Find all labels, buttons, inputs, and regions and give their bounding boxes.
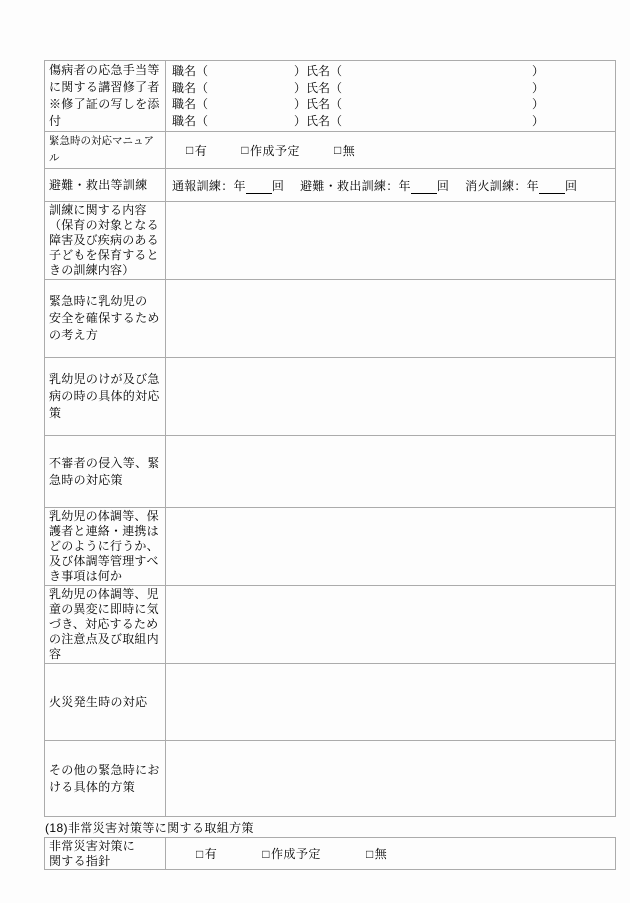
drill-counts: 通報訓練：年回 避難・救出訓練：年回 消火訓練：年回	[166, 169, 616, 202]
checkbox-icon: □	[334, 143, 342, 157]
intruder-response-label: 不審者の侵入等、緊 急時の対応策	[45, 436, 166, 508]
staff-name-line: 職名（）氏名（）	[172, 96, 611, 113]
drill-prefix: 通報訓練：年	[172, 177, 246, 194]
evacuation-drill-label: 避難・救出等訓練	[45, 169, 166, 202]
drill-content-field[interactable]	[166, 202, 616, 280]
option-label: 無	[343, 142, 356, 159]
job-title-blank-field[interactable]	[208, 84, 294, 96]
emergency-response-table: 傷病者の応急手当等 に関する講習修了者 ※修了証の写しを添 付 職名（）氏名（）…	[44, 60, 616, 817]
other-emergency-measures-field[interactable]	[166, 741, 616, 817]
drill-prefix: 消火訓練：年	[465, 177, 539, 194]
injury-illness-response-row: 乳幼児のけが及び急 病の時の具体的対応 策	[45, 358, 616, 436]
job-title-prefix: 職名（	[172, 63, 208, 80]
fire-response-field[interactable]	[166, 664, 616, 741]
emergency-manual-row: 緊急時の対応マニュアル □有 □作成予定 □無	[45, 132, 616, 169]
intruder-response-row: 不審者の侵入等、緊 急時の対応策	[45, 436, 616, 508]
job-title-blank-field[interactable]	[208, 117, 294, 129]
injury-illness-response-label: 乳幼児のけが及び急 病の時の具体的対応 策	[45, 358, 166, 436]
name-blank-field[interactable]	[342, 84, 532, 96]
name-blank-field[interactable]	[342, 117, 532, 129]
checkbox-icon: □	[262, 847, 270, 861]
option-yes[interactable]: □有	[186, 142, 207, 159]
name-blank-field[interactable]	[342, 68, 532, 80]
option-planned[interactable]: □作成予定	[241, 142, 300, 159]
infant-safety-policy-row: 緊急時に乳幼児の 安全を確保するため の考え方	[45, 280, 616, 358]
form-page: 傷病者の応急手当等 に関する講習修了者 ※修了証の写しを添 付 職名（）氏名（）…	[0, 0, 630, 903]
count-blank-field[interactable]	[539, 181, 565, 194]
drill-prefix: 避難・救出訓練：年	[300, 177, 411, 194]
disaster-guideline-options: □有 □作成予定 □無	[166, 838, 616, 870]
section-18-heading: (18)非常災害対策等に関する取組方策	[44, 817, 615, 837]
drill-suffix: 回	[272, 177, 284, 194]
emergency-manual-label: 緊急時の対応マニュアル	[45, 132, 166, 169]
evacuation-rescue-drill-item: 避難・救出訓練：年回	[300, 177, 449, 194]
name-blank-field[interactable]	[342, 101, 532, 113]
line-suffix: ）	[532, 63, 544, 80]
line-suffix: ）	[532, 96, 544, 113]
count-blank-field[interactable]	[246, 181, 272, 194]
guardian-contact-row: 乳幼児の体調等、保 護者と連絡・連携は どのように行うか、 及び体調等管理すべ …	[45, 508, 616, 586]
other-emergency-measures-label: その他の緊急時にお ける具体的方策	[45, 741, 166, 817]
option-label: 有	[205, 845, 218, 862]
fire-response-label: 火災発生時の対応	[45, 664, 166, 741]
name-prefix: ）氏名（	[294, 113, 342, 130]
disaster-guideline-label: 非常災害対策に 関する指針	[45, 838, 166, 870]
staff-name-line: 職名（）氏名（）	[172, 63, 611, 80]
checkbox-icon: □	[186, 143, 194, 157]
injury-illness-response-field[interactable]	[166, 358, 616, 436]
staff-name-line: 職名（）氏名（）	[172, 80, 611, 97]
intruder-response-field[interactable]	[166, 436, 616, 508]
drill-count-group: 通報訓練：年回 避難・救出訓練：年回 消火訓練：年回	[172, 177, 611, 194]
line-suffix: ）	[532, 80, 544, 97]
infant-safety-policy-field[interactable]	[166, 280, 616, 358]
name-prefix: ）氏名（	[294, 80, 342, 97]
option-yes[interactable]: □有	[196, 845, 217, 862]
condition-awareness-row: 乳幼児の体調等、児 童の異変に即時に気 づき、対応するため の注意点及び取組内 …	[45, 586, 616, 664]
guardian-contact-field[interactable]	[166, 508, 616, 586]
report-drill-item: 通報訓練：年回	[172, 177, 284, 194]
emergency-manual-options: □有 □作成予定 □無	[166, 132, 616, 169]
job-title-prefix: 職名（	[172, 113, 208, 130]
name-prefix: ）氏名（	[294, 96, 342, 113]
option-label: 無	[375, 845, 388, 862]
infant-safety-policy-label: 緊急時に乳幼児の 安全を確保するため の考え方	[45, 280, 166, 358]
disaster-guideline-row: 非常災害対策に 関する指針 □有 □作成予定 □無	[45, 838, 616, 870]
staff-name-line: 職名（）氏名（）	[172, 113, 611, 130]
fire-response-row: 火災発生時の対応	[45, 664, 616, 741]
fire-drill-item: 消火訓練：年回	[465, 177, 577, 194]
line-suffix: ）	[532, 113, 544, 130]
disaster-guideline-table: 非常災害対策に 関する指針 □有 □作成予定 □無	[44, 837, 616, 870]
condition-awareness-field[interactable]	[166, 586, 616, 664]
drill-suffix: 回	[437, 177, 449, 194]
checkbox-icon: □	[366, 847, 374, 861]
option-no[interactable]: □無	[334, 142, 355, 159]
checkbox-icon: □	[196, 847, 204, 861]
certified-staff-label: 傷病者の応急手当等 に関する講習修了者 ※修了証の写しを添 付	[45, 61, 166, 132]
drill-content-label: 訓練に関する内容 （保育の対象となる 障害及び疾病のある 子どもを保育すると き…	[45, 202, 166, 280]
certified-staff-fields: 職名（）氏名（） 職名（）氏名（） 職名（）氏名（） 職名（）氏名（）	[166, 61, 616, 132]
checkbox-group: □有 □作成予定 □無	[172, 142, 611, 159]
count-blank-field[interactable]	[411, 181, 437, 194]
option-label: 作成予定	[250, 142, 300, 159]
job-title-prefix: 職名（	[172, 96, 208, 113]
checkbox-icon: □	[241, 143, 249, 157]
option-label: 作成予定	[271, 845, 321, 862]
job-title-blank-field[interactable]	[208, 68, 294, 80]
job-title-prefix: 職名（	[172, 80, 208, 97]
option-no[interactable]: □無	[366, 845, 387, 862]
drill-suffix: 回	[565, 177, 577, 194]
checkbox-group: □有 □作成予定 □無	[172, 845, 611, 862]
emergency-section: 傷病者の応急手当等 に関する講習修了者 ※修了証の写しを添 付 職名（）氏名（）…	[44, 60, 615, 870]
option-planned[interactable]: □作成予定	[262, 845, 321, 862]
condition-awareness-label: 乳幼児の体調等、児 童の異変に即時に気 づき、対応するため の注意点及び取組内 …	[45, 586, 166, 664]
name-prefix: ）氏名（	[294, 63, 342, 80]
other-emergency-measures-row: その他の緊急時にお ける具体的方策	[45, 741, 616, 817]
job-title-blank-field[interactable]	[208, 101, 294, 113]
certified-first-aid-staff-row: 傷病者の応急手当等 に関する講習修了者 ※修了証の写しを添 付 職名（）氏名（）…	[45, 61, 616, 132]
guardian-contact-label: 乳幼児の体調等、保 護者と連絡・連携は どのように行うか、 及び体調等管理すべ …	[45, 508, 166, 586]
drill-content-row: 訓練に関する内容 （保育の対象となる 障害及び疾病のある 子どもを保育すると き…	[45, 202, 616, 280]
option-label: 有	[195, 142, 208, 159]
evacuation-drill-row: 避難・救出等訓練 通報訓練：年回 避難・救出訓練：年回 消火訓練：年回	[45, 169, 616, 202]
